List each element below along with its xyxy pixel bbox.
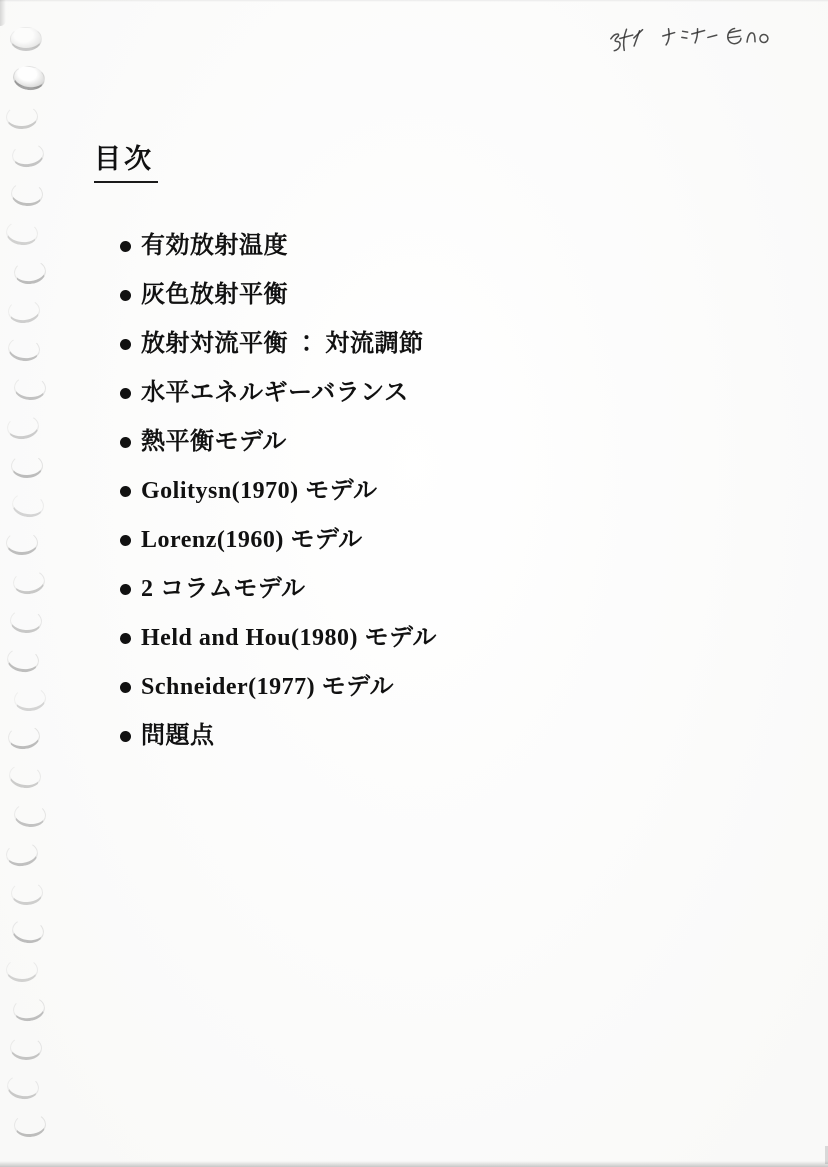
binding-hole-icon xyxy=(11,63,46,92)
binding-hole-icon xyxy=(7,297,41,324)
toc-item: Lorenz(1960) モデル xyxy=(120,528,437,552)
binding-hole-icon xyxy=(13,1112,47,1138)
page-title: 目次 xyxy=(94,137,158,183)
toc-item: 放射対流平衡 ： 対流調節 xyxy=(120,332,437,356)
binding-hole-icon xyxy=(11,141,46,169)
binding-hole-icon xyxy=(10,27,42,51)
bullet-icon xyxy=(120,388,131,399)
toc-item: 水平エネルギーバランス xyxy=(120,381,437,405)
bullet-icon xyxy=(120,290,131,301)
binding-hole-icon xyxy=(13,258,47,285)
toc-item: Held and Hou(1980) モデル xyxy=(120,626,437,650)
bullet-icon xyxy=(120,241,131,252)
binding-hole-icon xyxy=(11,880,44,905)
bullet-icon xyxy=(120,535,131,546)
binding-hole-icon xyxy=(11,490,46,519)
toc-item: 有効放射温度 xyxy=(120,234,437,258)
toc-item-label: 放射対流平衡 ： 対流調節 xyxy=(141,331,424,357)
toc-item-label: 問題点 xyxy=(141,723,215,749)
binding-hole-icon xyxy=(11,568,46,597)
binding-hole-icon xyxy=(5,840,40,868)
toc-item-label: 灰色放射平衡 xyxy=(141,282,288,308)
bullet-icon xyxy=(120,437,131,448)
binding-hole-icon xyxy=(6,1072,41,1100)
binding-hole-icon xyxy=(5,413,40,442)
scan-edge-bottom xyxy=(0,1161,828,1167)
bullet-icon xyxy=(120,584,131,595)
binding-hole-icon xyxy=(5,219,40,247)
binding-hole-icon xyxy=(7,724,42,751)
toc-item-label: 熱平衡モデル xyxy=(141,429,287,455)
binding-holes xyxy=(0,0,60,1167)
toc-item: 灰色放射平衡 xyxy=(120,283,437,307)
bullet-icon xyxy=(120,731,131,742)
toc-item-label: Golitysn(1970) モデル xyxy=(141,478,377,504)
scan-edge-top xyxy=(0,0,828,2)
bullet-icon xyxy=(120,633,131,644)
bullet-icon xyxy=(120,486,131,497)
toc-list: 有効放射温度灰色放射平衡放射対流平衡 ： 対流調節水平エネルギーバランス熱平衡モ… xyxy=(120,234,437,773)
binding-hole-icon xyxy=(7,335,42,363)
binding-hole-icon xyxy=(13,375,46,401)
scanned-page: 目次 有効放射温度灰色放射平衡放射対流平衡 ： 対流調節水平エネルギーバランス熱… xyxy=(0,0,828,1167)
binding-hole-icon xyxy=(5,646,40,674)
toc-item-label: Schneider(1977) モデル xyxy=(141,674,394,700)
handwritten-annotation xyxy=(603,15,780,69)
binding-hole-icon xyxy=(6,531,38,556)
toc-item: 熱平衡モデル xyxy=(120,430,437,454)
toc-item: 2 コラムモデル xyxy=(120,577,437,601)
toc-item-label: 2 コラムモデル xyxy=(141,576,306,602)
toc-item: Schneider(1977) モデル xyxy=(120,675,437,699)
bullet-icon xyxy=(120,339,131,350)
binding-hole-icon xyxy=(12,995,47,1024)
binding-hole-icon xyxy=(10,917,45,946)
binding-hole-icon xyxy=(10,608,43,634)
binding-hole-icon xyxy=(10,453,43,478)
toc-item-label: 有効放射温度 xyxy=(141,233,288,259)
toc-item-label: 水平エネルギーバランス xyxy=(141,380,409,406)
binding-hole-icon xyxy=(13,802,47,829)
binding-hole-icon xyxy=(9,1035,42,1060)
toc-item: Golitysn(1970) モデル xyxy=(120,479,437,503)
binding-hole-icon xyxy=(8,762,43,790)
binding-hole-icon xyxy=(6,958,38,982)
binding-hole-icon xyxy=(6,104,39,129)
bullet-icon xyxy=(120,682,131,693)
toc-item-label: Lorenz(1960) モデル xyxy=(141,527,363,553)
binding-hole-icon xyxy=(10,181,44,207)
toc-item: 問題点 xyxy=(120,724,437,748)
handwriting-scribble-icon xyxy=(603,15,780,69)
toc-item-label: Held and Hou(1980) モデル xyxy=(141,625,437,651)
binding-hole-icon xyxy=(13,685,47,712)
